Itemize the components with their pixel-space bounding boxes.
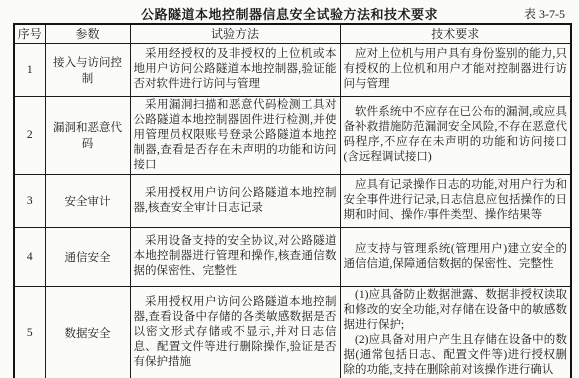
test-method-cell: 采用经授权的及非授权的上位机或本地用户访问公路隧道本地控制器,验证能否对软件进行… bbox=[130, 43, 340, 96]
test-method-cell: 采用设备支持的安全协议,对公路隧道本地控制器进行管理和操作,核查通信数据的保密性… bbox=[130, 227, 340, 286]
row-index-cell: 2 bbox=[14, 96, 45, 174]
technical-requirement-cell: 应对上位机与用户具有身份鉴别的能力,只有授权的上位机和用户才能对控制器进行访问与… bbox=[340, 43, 571, 96]
table-row: 4 通信安全 采用设备支持的安全协议,对公路隧道本地控制器进行管理和操作,核查通… bbox=[14, 227, 571, 286]
document-page: 公路隧道本地控制器信息安全试验方法和技术要求 表 3-7-5 序号 参数 试验方… bbox=[0, 0, 579, 378]
row-index-cell: 3 bbox=[14, 174, 45, 227]
requirement-paragraph: 应支持与管理系统(管理用户)建立安全的通信信道,保障通信数据的保密性、完整性 bbox=[344, 242, 568, 272]
requirement-paragraph: (2)应具备对用户产生且存储在设备中的数据(通常包括日志、配置文件等)进行授权删… bbox=[344, 333, 568, 378]
test-method-cell: 采用授权用户访问公路隧道本地控制器,核查安全审计日志记录 bbox=[130, 174, 340, 227]
column-header-test-method: 试验方法 bbox=[130, 24, 340, 43]
parameter-cell: 数据安全 bbox=[45, 286, 130, 378]
column-header-technical-requirement: 技术要求 bbox=[340, 24, 571, 43]
method-paragraph: 采用授权用户访问公路隧道本地控制器,核查安全审计日志记录 bbox=[134, 186, 337, 216]
technical-requirement-cell: 应支持与管理系统(管理用户)建立安全的通信信道,保障通信数据的保密性、完整性 bbox=[340, 227, 571, 286]
page-title: 公路隧道本地控制器信息安全试验方法和技术要求 bbox=[0, 4, 579, 23]
parameter-cell: 漏洞和恶意代码 bbox=[45, 96, 130, 174]
requirement-paragraph: 应对上位机与用户具有身份鉴别的能力,只有授权的上位机和用户才能对控制器进行访问与… bbox=[344, 47, 568, 92]
table-body: 1 接入与访问控制 采用经授权的及非授权的上位机或本地用户访问公路隧道本地控制器… bbox=[14, 43, 571, 378]
table-row: 3 安全审计 采用授权用户访问公路隧道本地控制器,核查安全审计日志记录 应具有记… bbox=[14, 174, 571, 227]
security-test-table: 序号 参数 试验方法 技术要求 1 接入与访问控制 采用经授权的及非授权的上位机… bbox=[13, 23, 572, 378]
parameter-cell: 安全审计 bbox=[45, 174, 130, 227]
requirement-paragraph: (1)应具备防止数据泄露、数据非授权读取和修改的安全功能,对存储在设备中的敏感数… bbox=[344, 288, 568, 333]
method-paragraph: 采用设备支持的安全协议,对公路隧道本地控制器进行管理和操作,核查通信数据的保密性… bbox=[134, 234, 337, 279]
column-header-index: 序号 bbox=[14, 24, 45, 43]
parameter-cell: 接入与访问控制 bbox=[45, 43, 130, 96]
technical-requirement-cell: (1)应具备防止数据泄露、数据非授权读取和修改的安全功能,对存储在设备中的敏感数… bbox=[340, 286, 571, 378]
technical-requirement-cell: 应具有记录操作日志的功能,对用户行为和安全事件进行记录,日志信息应包括操作的日期… bbox=[340, 174, 571, 227]
table-row: 5 数据安全 采用授权用户访问公路隧道本地控制器,查看设备中存储的各类敏感数据是… bbox=[14, 286, 571, 378]
doc-header: 公路隧道本地控制器信息安全试验方法和技术要求 表 3-7-5 bbox=[0, 0, 579, 23]
test-method-cell: 采用漏洞扫描和恶意代码检测工具对公路隧道本地控制器固件进行检测,并使用管理员权限… bbox=[130, 96, 340, 174]
row-index-cell: 1 bbox=[14, 43, 45, 96]
row-index-cell: 5 bbox=[14, 286, 45, 378]
method-paragraph: 采用授权用户访问公路隧道本地控制器,查看设备中存储的各类敏感数据是否以密文形式存… bbox=[134, 295, 337, 370]
method-paragraph: 采用漏洞扫描和恶意代码检测工具对公路隧道本地控制器固件进行检测,并使用管理员权限… bbox=[134, 98, 337, 173]
test-method-cell: 采用授权用户访问公路隧道本地控制器,查看设备中存储的各类敏感数据是否以密文形式存… bbox=[130, 286, 340, 378]
table-header-row: 序号 参数 试验方法 技术要求 bbox=[14, 24, 571, 43]
parameter-cell: 通信安全 bbox=[45, 227, 130, 286]
technical-requirement-cell: 软件系统中不应存在已公布的漏洞,或应具备补救措施防范漏洞安全风险,不存在恶意代码… bbox=[340, 96, 571, 174]
method-paragraph: 采用经授权的及非授权的上位机或本地用户访问公路隧道本地控制器,验证能否对软件进行… bbox=[134, 47, 337, 92]
row-index-cell: 4 bbox=[14, 227, 45, 286]
table-row: 1 接入与访问控制 采用经授权的及非授权的上位机或本地用户访问公路隧道本地控制器… bbox=[14, 43, 571, 96]
table-row: 2 漏洞和恶意代码 采用漏洞扫描和恶意代码检测工具对公路隧道本地控制器固件进行检… bbox=[14, 96, 571, 174]
table-number-label: 表 3-7-5 bbox=[524, 5, 565, 22]
requirement-paragraph: 软件系统中不应存在已公布的漏洞,或应具备补救措施防范漏洞安全风险,不存在恶意代码… bbox=[344, 105, 568, 165]
requirement-paragraph: 应具有记录操作日志的功能,对用户行为和安全事件进行记录,日志信息应包括操作的日期… bbox=[344, 178, 568, 223]
column-header-parameter: 参数 bbox=[45, 24, 130, 43]
